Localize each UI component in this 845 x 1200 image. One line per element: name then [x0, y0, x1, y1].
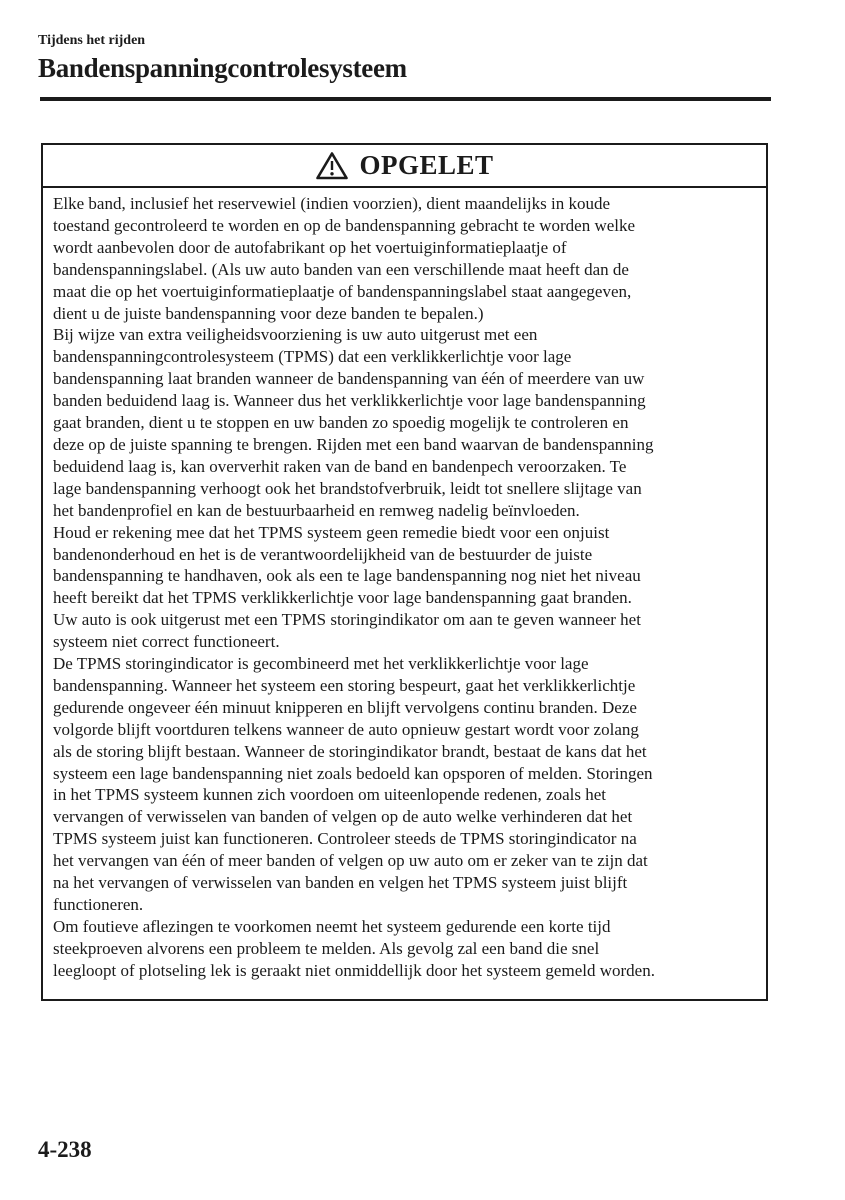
warning-paragraph: De TPMS storingindicator is gecombineerd…: [53, 653, 756, 916]
warning-paragraph: Houd er rekening mee dat het TPMS systee…: [53, 522, 756, 610]
page-number: 4-238: [38, 1137, 92, 1163]
header-rule: [40, 97, 771, 101]
warning-box-header: OPGELET: [43, 145, 766, 188]
warning-heading: OPGELET: [359, 150, 493, 181]
page-header: Tijdens het rijden Bandenspanningcontrol…: [38, 33, 771, 84]
page-title: Bandenspanningcontrolesysteem: [38, 52, 771, 84]
warning-box: OPGELET Elke band, inclusief het reserve…: [41, 143, 768, 1001]
warning-paragraph: Elke band, inclusief het reservewiel (in…: [53, 193, 756, 324]
section-label: Tijdens het rijden: [38, 33, 771, 49]
warning-paragraph: Uw auto is ook uitgerust met een TPMS st…: [53, 609, 756, 653]
warning-triangle-icon: [315, 151, 349, 181]
warning-box-body: Elke band, inclusief het reservewiel (in…: [43, 188, 766, 982]
manual-page: { "page": { "section_label": "Tijdens he…: [0, 0, 845, 1200]
warning-paragraph: Bij wijze van extra veiligheidsvoorzieni…: [53, 324, 756, 521]
warning-paragraph: Om foutieve aflezingen te voorkomen neem…: [53, 916, 756, 982]
